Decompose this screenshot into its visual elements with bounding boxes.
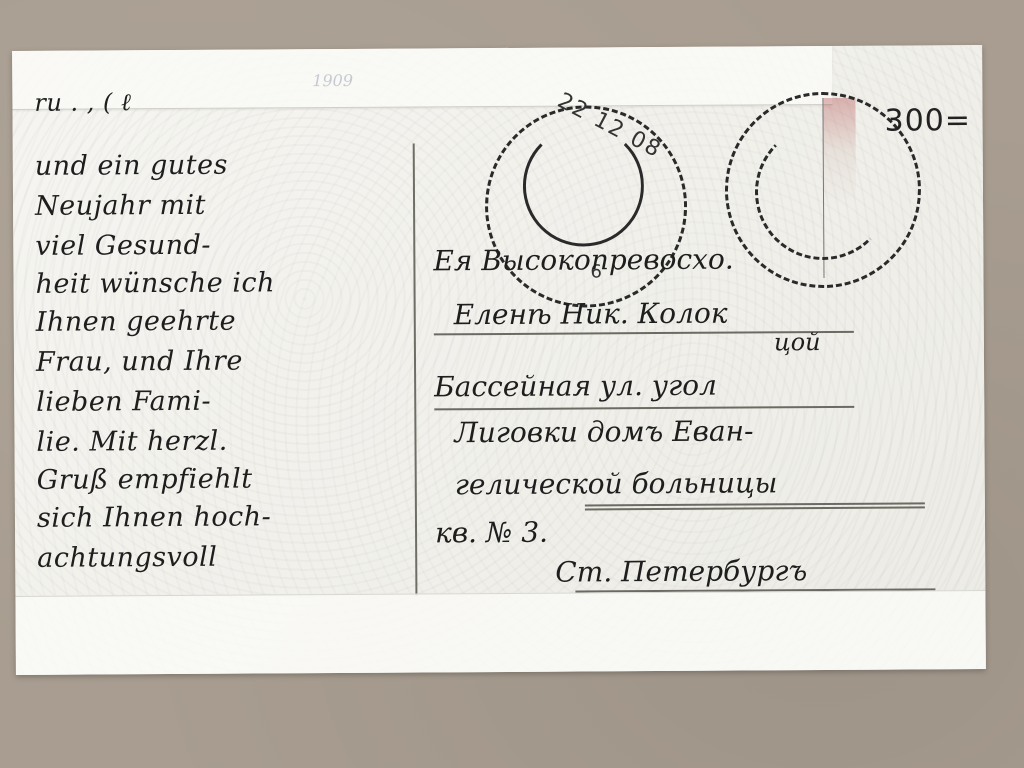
postcard: 1909 22 12 08 6 300= ru . , ( ℓ und ein …: [12, 45, 986, 675]
address-line: кв. № 3.: [435, 516, 548, 550]
message-line: und ein gutes: [35, 150, 228, 182]
message-line: lie. Mit herzl.: [36, 426, 228, 458]
address-line: Ея Высокопревосхо.: [433, 243, 733, 278]
message-line: Gruß empfiehlt: [37, 464, 253, 496]
message-line: Ihnen geehrte: [36, 306, 236, 338]
address-line: цой: [774, 328, 821, 356]
message-line: heit wünsche ich: [35, 267, 275, 299]
postmark-right-inner-ring: [755, 124, 892, 261]
message-top-fragment: ru . , ( ℓ: [34, 88, 131, 118]
tape-strip-bottom: [15, 590, 985, 675]
message-line: sich Ihnen hoch-: [37, 501, 271, 533]
address-line: Бассейная ул. угол: [434, 369, 717, 404]
address-line: Еленѣ Ник. Колок: [454, 297, 728, 332]
message-line: Frau, und Ihre: [36, 346, 243, 378]
message-line: lieben Fami-: [36, 386, 211, 418]
message-line: viel Gesund-: [35, 230, 211, 262]
address-line: Ст. Петербургъ: [555, 554, 807, 589]
faint-year-text: 1909: [312, 71, 353, 90]
message-line: achtungsvoll: [37, 542, 217, 574]
tape-strip-top: 1909: [12, 46, 832, 110]
message-line: Neujahr mit: [35, 190, 206, 222]
address-line: Лиговки домъ Еван-: [454, 414, 753, 449]
price-note: 300=: [884, 103, 971, 139]
address-line: гелической больницы: [455, 466, 778, 501]
